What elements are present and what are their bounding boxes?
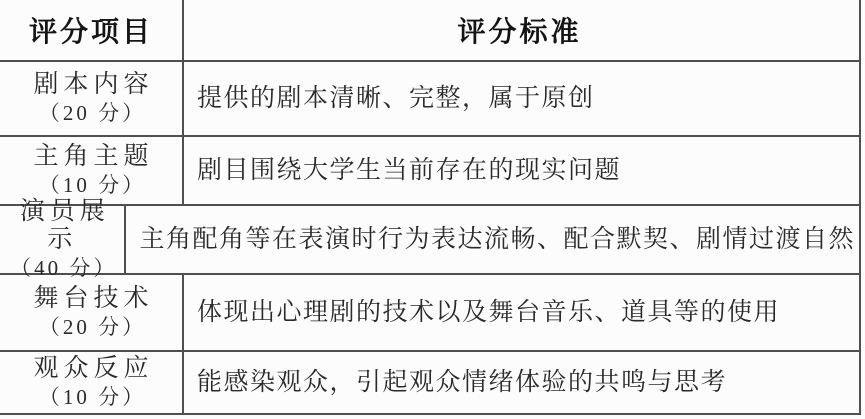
table-row-stage-technique: 舞台技术 （20 分） 体现出心理剧的技术以及舞台音乐、道具等的使用 [0,275,861,352]
item-cell: 观众反应 （10 分） [0,352,184,413]
scoring-rubric-table: 评分项目 评分标准 剧本内容 （20 分） 提供的剧本清晰、完整，属于原创 主角… [0,0,861,415]
item-name: 主角主题 [28,143,153,172]
item-score: （20 分） [36,100,146,126]
criteria-cell: 提供的剧本清晰、完整，属于原创 [184,62,861,135]
item-name: 舞台技术 [28,285,153,314]
item-name: 观众反应 [28,355,153,384]
criteria-text: 提供的剧本清晰、完整，属于原创 [197,84,595,114]
column-header-scoring-item: 评分项目 [0,0,184,60]
item-score: （10 分） [36,172,146,198]
table-row-actor-performance: 演员展示 （40 分） 主角配角等在表演时行为表达流畅、配合默契、剧情过渡自然 [0,206,861,275]
criteria-cell: 体现出心理剧的技术以及舞台音乐、道具等的使用 [184,275,861,350]
criteria-cell: 主角配角等在表演时行为表达流畅、配合默契、剧情过渡自然 [126,206,861,273]
criteria-text: 主角配角等在表演时行为表达流畅、配合默契、剧情过渡自然 [139,225,855,255]
item-name: 演员展示 [0,198,124,256]
criteria-text: 体现出心理剧的技术以及舞台音乐、道具等的使用 [197,298,780,328]
table-row-audience-reaction: 观众反应 （10 分） 能感染观众，引起观众情绪体验的共鸣与思考 [0,352,861,415]
rubric-page: 评分项目 评分标准 剧本内容 （20 分） 提供的剧本清晰、完整，属于原创 主角… [0,0,865,419]
criteria-cell: 剧目围绕大学生当前存在的现实问题 [184,137,861,204]
table-row-theme: 主角主题 （10 分） 剧目围绕大学生当前存在的现实问题 [0,137,861,206]
criteria-cell: 能感染观众，引起观众情绪体验的共鸣与思考 [184,352,861,413]
item-cell: 剧本内容 （20 分） [0,62,184,135]
table-row-script-content: 剧本内容 （20 分） 提供的剧本清晰、完整，属于原创 [0,62,861,137]
item-score: （10 分） [36,384,146,410]
criteria-text: 剧目围绕大学生当前存在的现实问题 [197,156,621,186]
item-score: （20 分） [36,314,146,340]
item-cell: 舞台技术 （20 分） [0,275,184,350]
item-name: 剧本内容 [28,71,153,100]
criteria-text: 能感染观众，引起观众情绪体验的共鸣与思考 [197,368,727,398]
item-cell: 主角主题 （10 分） [0,137,184,204]
table-header-row: 评分项目 评分标准 [0,0,861,62]
item-cell: 演员展示 （40 分） [0,206,126,273]
column-header-scoring-criteria: 评分标准 [184,0,861,60]
